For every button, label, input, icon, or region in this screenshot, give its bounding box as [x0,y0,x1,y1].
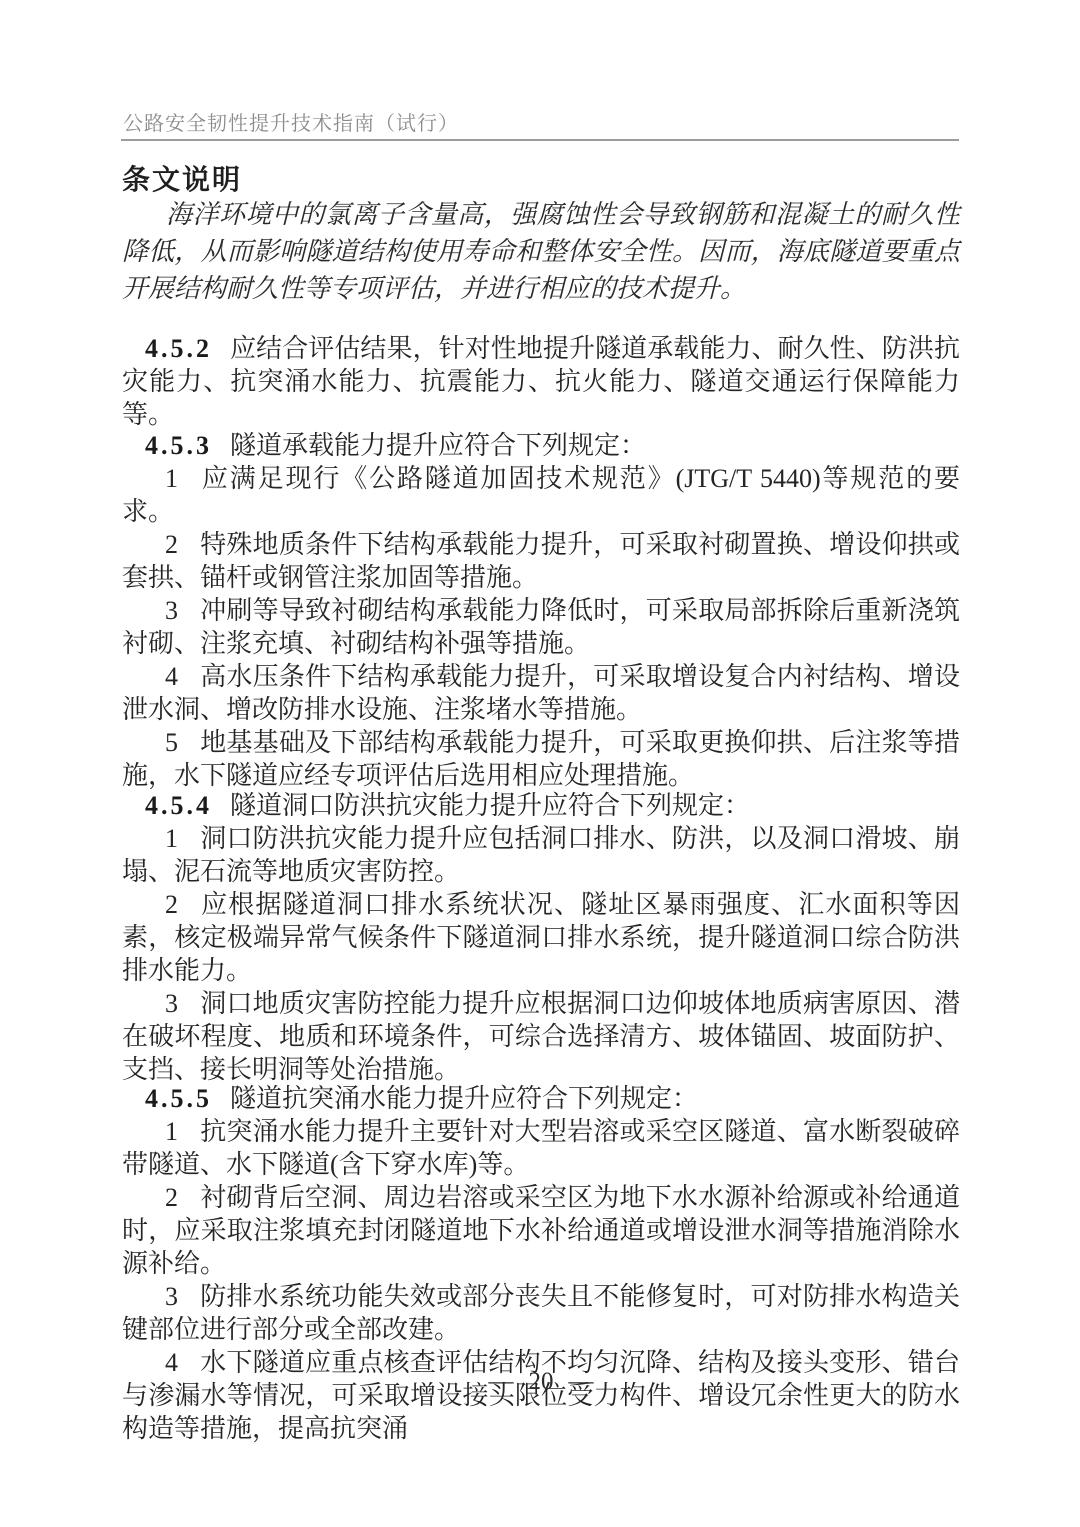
item-number: 2 [165,1183,178,1212]
item-number: 5 [165,728,178,757]
clause-text: 应结合评估结果，针对性地提升隧道承载能力、耐久性、防洪抗灾能力、抗突涌水能力、抗… [122,334,960,429]
item-number: 1 [165,464,178,493]
clause-number: 4.5.5 [145,1084,212,1113]
clause-number: 4.5.3 [145,431,212,460]
item-text: 抗突涌水能力提升主要针对大型岩溶或采空区隧道、富水断裂破碎带隧道、水下隧道(含下… [122,1117,960,1179]
item-text: 高水压条件下结构承载能力提升，可采取增设复合内衬结构、增设泄水洞、增改防排水设施… [122,662,960,724]
clause-item: 2特殊地质条件下结构承载能力提升，可采取衬砌置换、增设仰拱或套拱、锚杆或钢管注浆… [122,528,960,594]
footer-dash-right: — [569,1368,594,1396]
clause-4-5-4: 4.5.4隧道洞口防洪抗灾能力提升应符合下列规定： 1洞口防洪抗灾能力提升应包括… [122,789,960,1086]
item-text: 冲刷等导致衬砌结构承载能力降低时，可采取局部拆除后重新浇筑衬砌、注浆充填、衬砌结… [122,596,960,658]
clause-heading: 4.5.4隧道洞口防洪抗灾能力提升应符合下列规定： [122,789,960,822]
item-number: 1 [165,824,178,853]
item-text: 应满足现行《公路隧道加固技术规范》(JTG/T 5440)等规范的要求。 [122,464,960,526]
clause-number: 4.5.4 [145,791,212,820]
clause-heading: 4.5.2应结合评估结果，针对性地提升隧道承载能力、耐久性、防洪抗灾能力、抗突涌… [122,332,960,431]
item-number: 3 [165,989,178,1018]
clause-text: 隧道承载能力提升应符合下列规定： [230,431,646,460]
item-number: 3 [165,1282,178,1311]
clause-4-5-2: 4.5.2应结合评估结果，针对性地提升隧道承载能力、耐久性、防洪抗灾能力、抗突涌… [122,332,960,431]
clause-heading: 4.5.3隧道承载能力提升应符合下列规定： [122,429,960,462]
clause-text: 隧道洞口防洪抗灾能力提升应符合下列规定： [230,791,750,820]
item-number: 2 [165,890,178,919]
clause-item: 4高水压条件下结构承载能力提升，可采取增设复合内衬结构、增设泄水洞、增改防排水设… [122,660,960,726]
clause-text: 隧道抗突涌水能力提升应符合下列规定： [230,1084,698,1113]
item-text: 应根据隧道洞口排水系统状况、隧址区暴雨强度、汇水面积等因素，核定极端异常气候条件… [122,890,960,985]
explanation-heading: 条文说明 [122,158,960,198]
clause-item: 2应根据隧道洞口排水系统状况、隧址区暴雨强度、汇水面积等因素，核定极端异常气候条… [122,888,960,987]
item-text: 洞口防洪抗灾能力提升应包括洞口排水、防洪，以及洞口滑坡、崩塌、泥石流等地质灾害防… [122,824,960,886]
clause-item: 3冲刷等导致衬砌结构承载能力降低时，可采取局部拆除后重新浇筑衬砌、注浆充填、衬砌… [122,594,960,660]
header-rule [121,139,959,141]
item-number: 4 [165,662,178,691]
clause-item: 1抗突涌水能力提升主要针对大型岩溶或采空区隧道、富水断裂破碎带隧道、水下隧道(含… [122,1115,960,1181]
page-number: 20 [529,1368,554,1396]
page-footer: — 20 — [122,1368,960,1396]
clause-4-5-3: 4.5.3隧道承载能力提升应符合下列规定： 1应满足现行《公路隧道加固技术规范》… [122,429,960,792]
clause-item: 3防排水系统功能失效或部分丧失且不能修复时，可对防排水构造关键部位进行部分或全部… [122,1280,960,1346]
clause-heading: 4.5.5隧道抗突涌水能力提升应符合下列规定： [122,1082,960,1115]
clause-item: 2衬砌背后空洞、周边岩溶或采空区为地下水水源补给源或补给通道时，应采取注浆填充封… [122,1181,960,1280]
item-number: 3 [165,596,178,625]
item-number: 2 [165,530,178,559]
clause-number: 4.5.2 [145,334,212,363]
item-text: 地基基础及下部结构承载能力提升，可采取更换仰拱、后注浆等措施，水下隧道应经专项评… [122,728,960,790]
item-text: 特殊地质条件下结构承载能力提升，可采取衬砌置换、增设仰拱或套拱、锚杆或钢管注浆加… [122,530,960,592]
clause-item: 1应满足现行《公路隧道加固技术规范》(JTG/T 5440)等规范的要求。 [122,462,960,528]
clause-item: 1洞口防洪抗灾能力提升应包括洞口排水、防洪，以及洞口滑坡、崩塌、泥石流等地质灾害… [122,822,960,888]
clause-item: 5地基基础及下部结构承载能力提升，可采取更换仰拱、后注浆等措施，水下隧道应经专项… [122,726,960,792]
running-header: 公路安全韧性提升技术指南（试行） [123,107,961,136]
document-page: 公路安全韧性提升技术指南（试行） 条文说明 海洋环境中的氯离子含量高，强腐蚀性会… [0,0,1080,1527]
clause-item: 3洞口地质灾害防控能力提升应根据洞口边仰坡体地质病害原因、潜在破坏程度、地质和环… [122,987,960,1086]
item-text: 衬砌背后空洞、周边岩溶或采空区为地下水水源补给源或补给通道时，应采取注浆填充封闭… [122,1183,960,1278]
item-text: 防排水系统功能失效或部分丧失且不能修复时，可对防排水构造关键部位进行部分或全部改… [122,1282,960,1344]
footer-dash-left: — [489,1368,514,1396]
explanation-paragraph: 海洋环境中的氯离子含量高，强腐蚀性会导致钢筋和混凝土的耐久性降低，从而影响隧道结… [122,196,960,307]
item-number: 1 [165,1117,178,1146]
item-text: 洞口地质灾害防控能力提升应根据洞口边仰坡体地质病害原因、潜在破坏程度、地质和环境… [122,989,960,1084]
